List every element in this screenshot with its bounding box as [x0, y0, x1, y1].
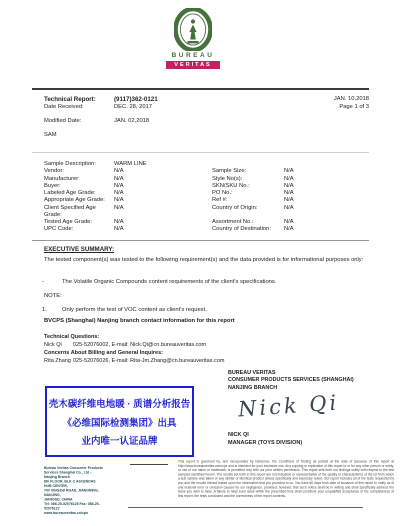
signoff-company-block: BUREAU VERITAS CONSUMER PRODUCTS SERVICE…	[228, 370, 354, 392]
sample-label: Assortment No.:	[212, 219, 284, 226]
sample-label: Sample Size:	[212, 168, 284, 175]
header-divider	[32, 88, 369, 90]
modified-date-label: Modified Date:	[44, 118, 81, 125]
signoff-company-line: CONSUMER PRODUCTS SERVICES (SHANGHAI)	[228, 377, 354, 384]
billing-inquiries-label: Concerns About Billing and General Inqui…	[44, 350, 163, 357]
page-number: Page 1 of 3	[250, 104, 369, 111]
modified-date-value: JAN. 02,2018	[114, 118, 149, 125]
sample-info-table: Sample Description:WARM LINE Vendor:N/AS…	[44, 161, 369, 234]
date-received-label: Date Received:	[44, 104, 84, 111]
stamp-line: 业内唯一认证品牌	[81, 433, 157, 447]
note-number: 1.	[42, 307, 47, 314]
footer-disclaimer-text: This report is governed by, and incorpor…	[178, 460, 394, 499]
sample-value: N/A	[284, 190, 369, 197]
sample-label: Grade:	[44, 212, 114, 219]
sample-value: N/A	[114, 183, 212, 190]
sample-label: Sample Description:	[44, 161, 114, 168]
sample-value	[284, 212, 369, 219]
logo-veritas-text: VERITAS	[166, 61, 220, 69]
sample-value: N/A	[114, 226, 212, 233]
sample-value: N/A	[114, 219, 212, 226]
sample-value: N/A	[114, 205, 212, 212]
handwritten-signature: Nick Qi	[237, 391, 340, 422]
sample-label: UPC Code:	[44, 226, 114, 233]
billing-contact-detail: 025-52076026, E-mail: Rita-Jm.Zhang@cn.b…	[73, 358, 224, 365]
sample-label: Vendor:	[44, 168, 114, 175]
sample-value: N/A	[114, 197, 212, 204]
report-number: (9117)362-0121	[114, 96, 158, 103]
footer-address-block: Bureau Veritas Consumer Products Service…	[44, 466, 134, 516]
report-label: Technical Report:	[44, 96, 96, 103]
billing-contact-name: Rita Zhang	[44, 358, 71, 365]
sample-label: Manufacturer:	[44, 176, 114, 183]
disclaimer-leader-line	[130, 464, 168, 465]
sample-value: N/A	[284, 197, 369, 204]
technical-contact-name: Nick Qi	[44, 342, 62, 349]
sample-value: N/A	[284, 183, 369, 190]
signer-title: MANAGER (TOYS DIVISION)	[228, 440, 302, 447]
summary-intro-text: The tested component(s) was tested to th…	[44, 257, 368, 264]
sample-label: Appropriate Age Grade:	[44, 197, 114, 204]
sample-value: N/A	[284, 205, 369, 212]
sample-label: Client Specified Age	[44, 205, 114, 212]
sample-label: PO No.:	[212, 190, 284, 197]
date-received-value: DEC. 28, 2017	[114, 104, 152, 111]
sam-label: SAM	[44, 132, 57, 139]
sample-label: Buyer:	[44, 183, 114, 190]
sample-value	[284, 161, 369, 168]
report-page: BUREAU VERITAS Technical Report: (9117)3…	[0, 0, 400, 526]
sample-label: Style No(s):	[212, 176, 284, 183]
sample-value	[114, 212, 212, 219]
sample-value: N/A	[284, 176, 369, 183]
sample-label: Labeled Age Grade:	[44, 190, 114, 197]
section-divider	[32, 240, 369, 241]
note-text: Only perform the test of VOC content as …	[62, 307, 368, 314]
sample-label: SKN/SKU No.:	[212, 183, 284, 190]
sample-label: Tested Age Grade:	[44, 219, 114, 226]
footer-divider	[128, 507, 363, 508]
technical-questions-label: Technical Questions:	[44, 334, 99, 341]
stamp-line: 壳木碳纤维电地暖 · 质谱分析报告	[49, 396, 190, 410]
bullet-marker: -	[42, 279, 44, 286]
sample-value: N/A	[114, 190, 212, 197]
sample-label: Country of Origin:	[212, 205, 284, 212]
sample-value: N/A	[114, 176, 212, 183]
logo-bureau-text: BUREAU	[165, 52, 221, 59]
stamp-line: 《必维国际检测集团》出具	[62, 415, 176, 429]
issue-date: JAN. 10,2018	[250, 96, 369, 103]
sample-label	[212, 161, 284, 168]
sample-value: N/A	[114, 168, 212, 175]
sample-label	[212, 212, 284, 219]
blue-stamp-box: 壳木碳纤维电地暖 · 质谱分析报告 《必维国际检测集团》出具 业内唯一认证品牌	[45, 386, 194, 457]
executive-summary-heading: EXECUTIVE SUMMARY:	[44, 246, 114, 253]
signer-name: NICK QI	[228, 432, 249, 439]
sample-value: N/A	[284, 219, 369, 226]
note-label: NOTE:	[44, 293, 62, 300]
contact-heading: BVCPS (Shanghai) Nanjing branch contact …	[44, 318, 235, 325]
summary-bullet-text: The Volatile Organic Compounds content r…	[62, 279, 368, 286]
address-line: www.bureauveritas.cn/cps	[44, 511, 134, 516]
bureau-veritas-emblem-icon	[174, 8, 212, 51]
section-divider	[32, 152, 369, 153]
sample-value: N/A	[284, 168, 369, 175]
sample-label: Ref #:	[212, 197, 284, 204]
signoff-company-line: BUREAU VERITAS	[228, 370, 354, 377]
sample-value: N/A	[284, 226, 369, 233]
sample-value: WARM LINE	[114, 161, 212, 168]
technical-contact-detail: 025-52076002, E-mail: Nick.Qi@cn.bureauv…	[73, 342, 206, 349]
sample-label: Country of Destination:	[212, 226, 284, 233]
